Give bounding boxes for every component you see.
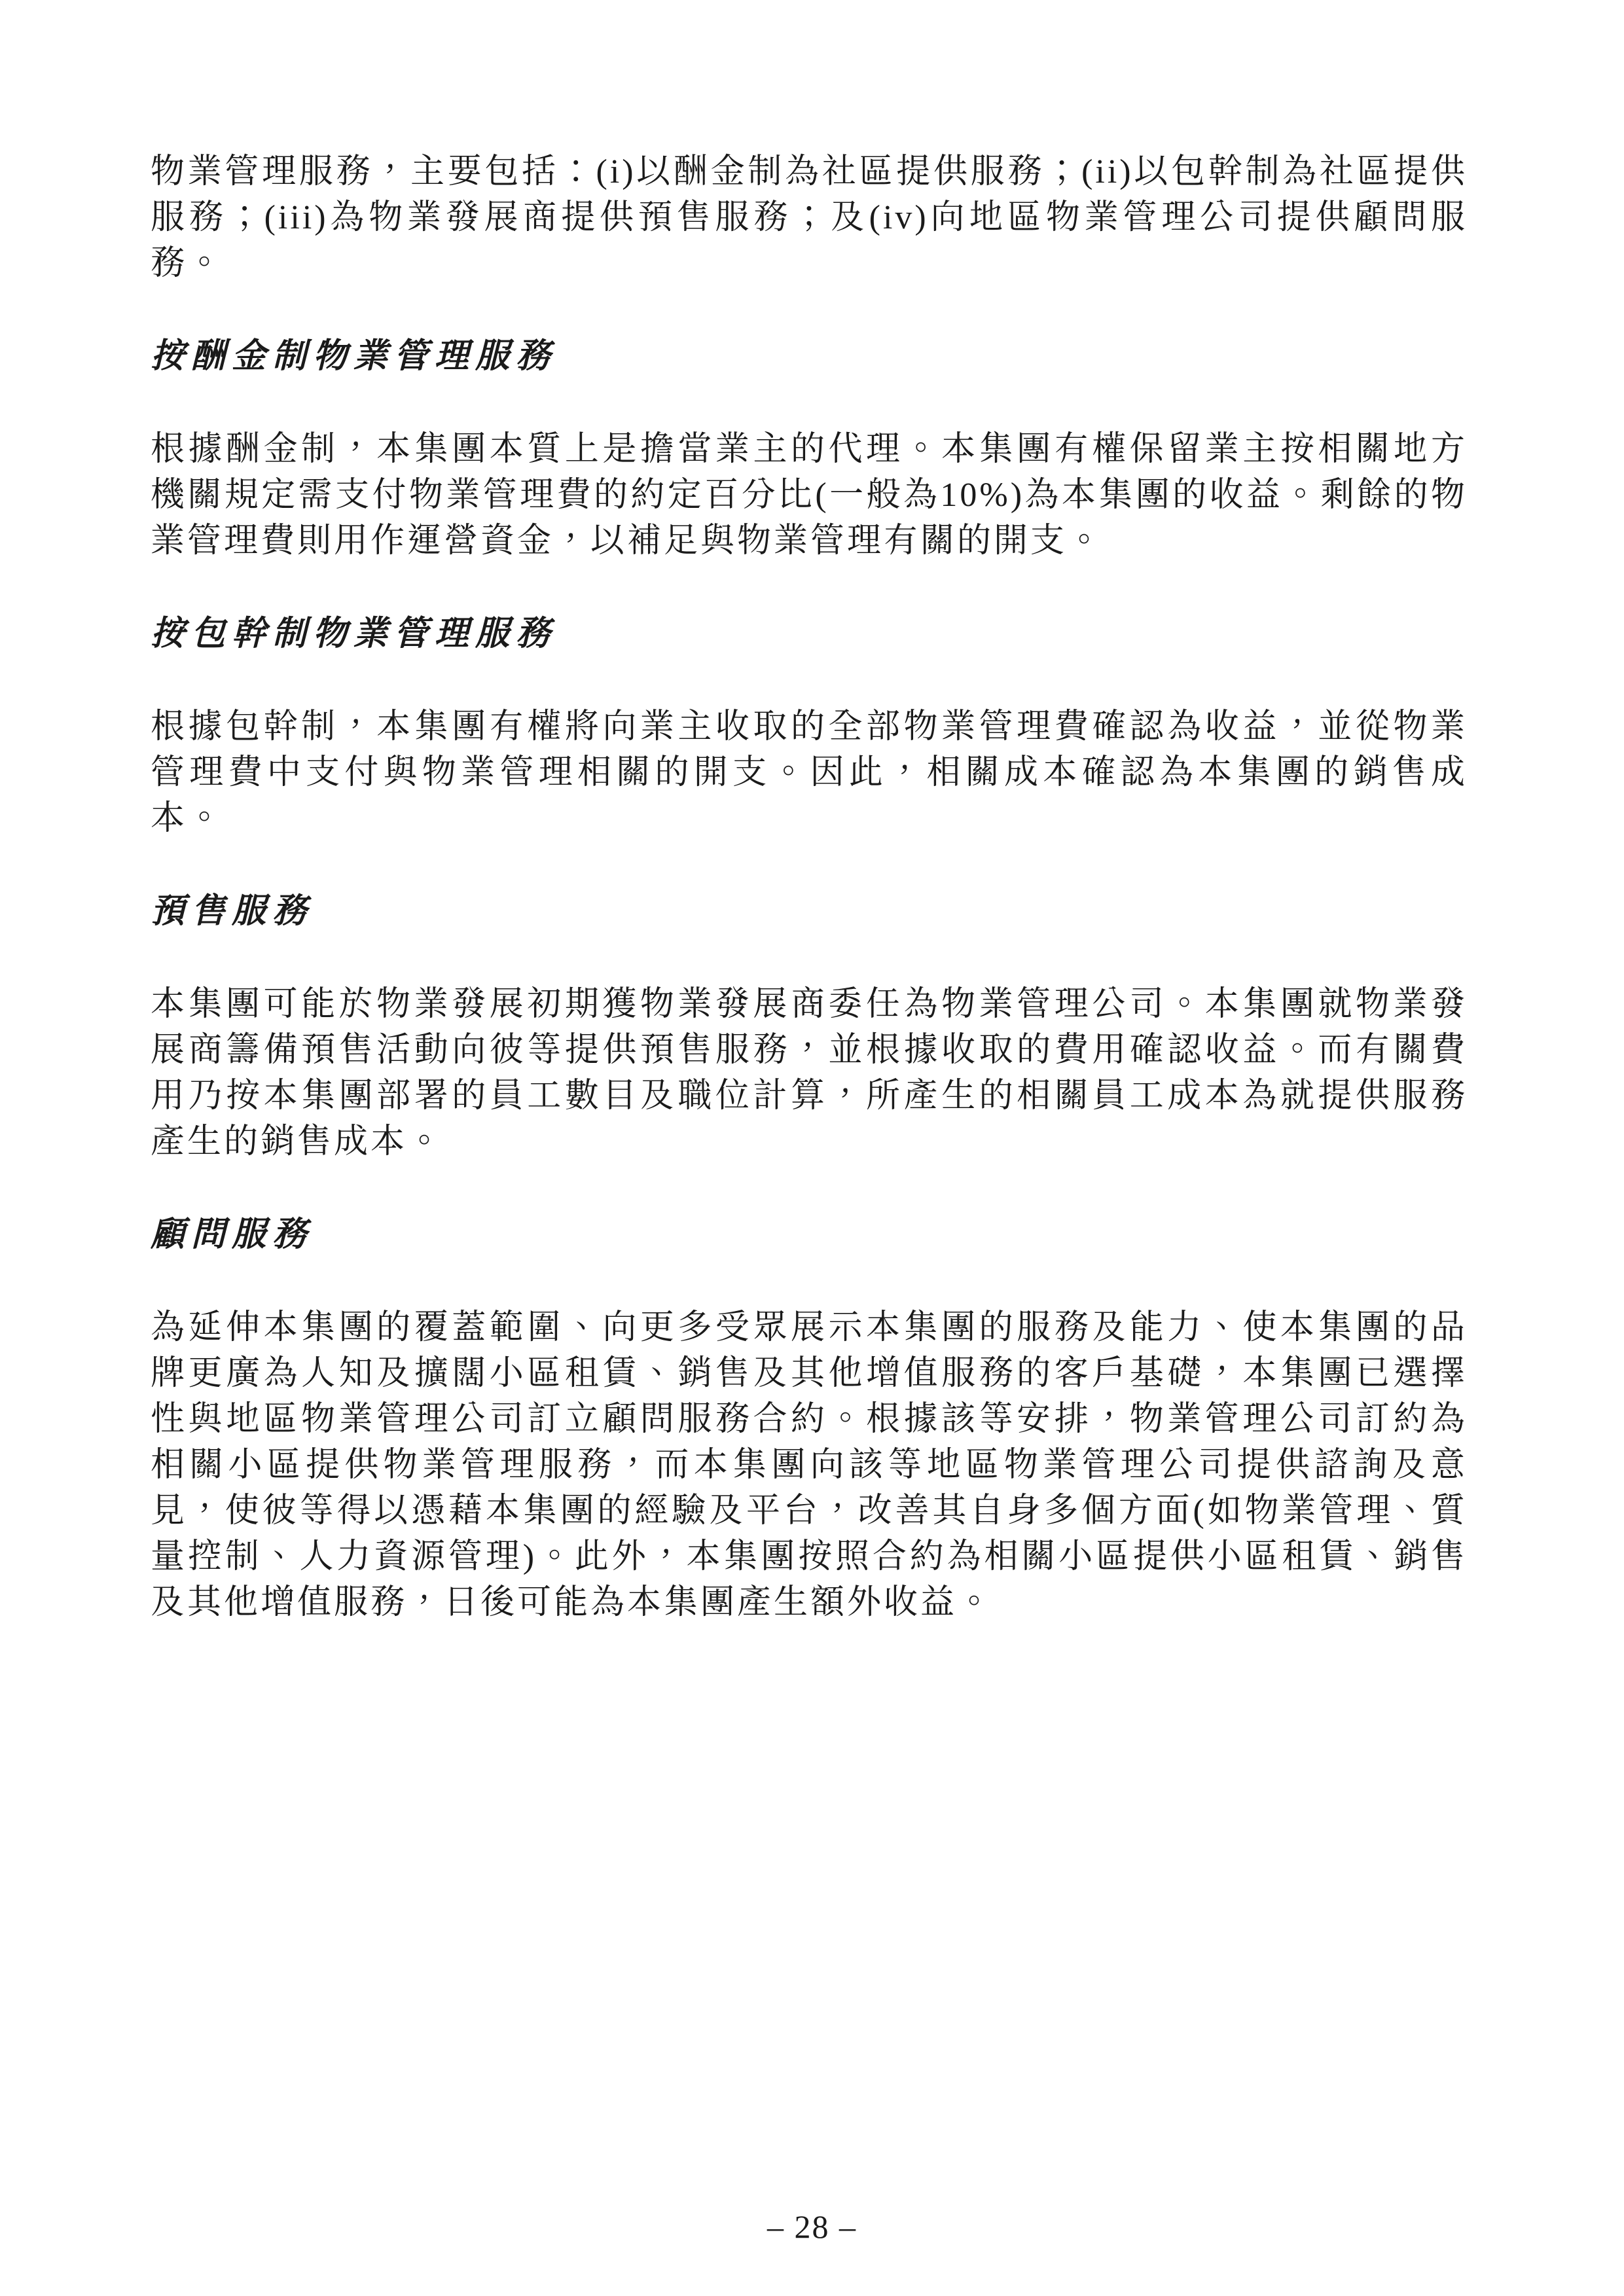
section-heading-commission-basis: 按酬金制物業管理服務 (151, 334, 1468, 380)
page-footer: – 28 – (0, 2207, 1624, 2246)
section-body-pre-sale-services: 本集團可能於物業發展初期獲物業發展商委任為物業管理公司。本集團就物業發展商籌備預… (151, 982, 1468, 1165)
document-page: 物業管理服務，主要包括：(i)以酬金制為社區提供服務；(ii)以包幹制為社區提供… (0, 0, 1624, 2296)
page-content: 物業管理服務，主要包括：(i)以酬金制為社區提供服務；(ii)以包幹制為社區提供… (151, 149, 1468, 1673)
section-body-consultancy-services: 為延伸本集團的覆蓋範圍、向更多受眾展示本集團的服務及能力、使本集團的品牌更廣為人… (151, 1305, 1468, 1626)
intro-paragraph: 物業管理服務，主要包括：(i)以酬金制為社區提供服務；(ii)以包幹制為社區提供… (151, 149, 1468, 287)
section-heading-lump-sum-basis: 按包幹制物業管理服務 (151, 611, 1468, 657)
section-heading-pre-sale-services: 預售服務 (151, 889, 1468, 935)
section-body-lump-sum-basis: 根據包幹制，本集團有權將向業主收取的全部物業管理費確認為收益，並從物業管理費中支… (151, 704, 1468, 842)
section-heading-consultancy-services: 顧問服務 (151, 1212, 1468, 1258)
page-number: – 28 – (767, 2208, 857, 2245)
section-body-commission-basis: 根據酬金制，本集團本質上是擔當業主的代理。本集團有權保留業主按相關地方機關規定需… (151, 427, 1468, 564)
